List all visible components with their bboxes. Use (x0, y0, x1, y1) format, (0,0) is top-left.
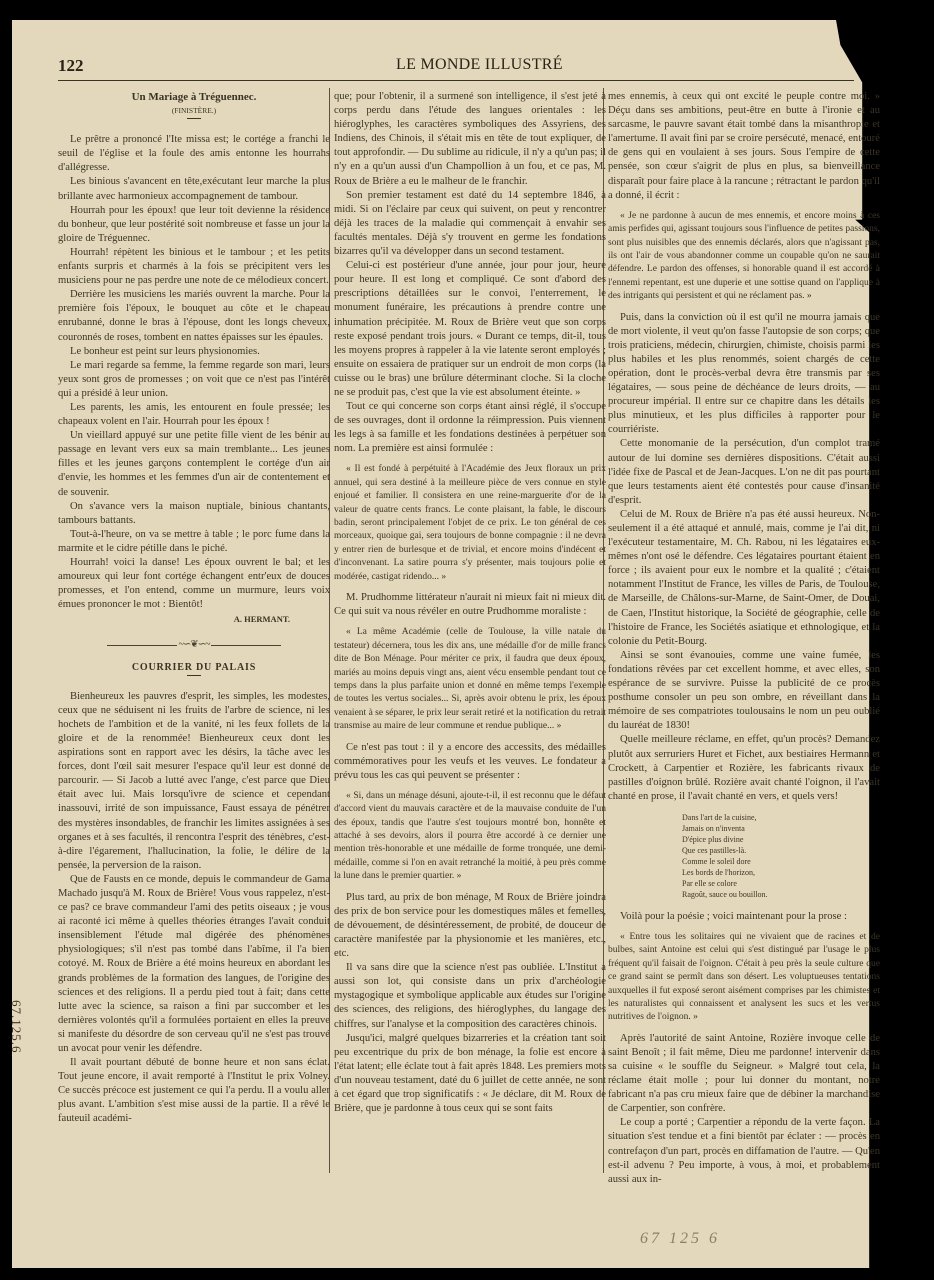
paragraph: Hourrah! voici la danse! Les époux ouvre… (58, 556, 330, 612)
title-dash (187, 675, 201, 676)
archive-stamp: 67.125.6 (8, 1000, 24, 1054)
paragraph: Ainsi se sont évanouies, comme une vaine… (608, 649, 880, 734)
section-title: COURRIER DU PALAIS (58, 661, 330, 675)
article-body: que; pour l'obtenir, il a surmené son in… (334, 90, 606, 1116)
article-body: Bienheureux les pauvres d'esprit, les si… (58, 690, 330, 1127)
paragraph: Son premier testament est daté du 14 sep… (334, 189, 606, 259)
paragraph: Ce n'est pas tout : il y a encore des ac… (334, 741, 606, 783)
paragraph: Cette monomanie de la persécution, d'un … (608, 437, 880, 507)
masthead: LE MONDE ILLUSTRÉ (396, 56, 563, 74)
article-subtitle: (FINISTÈRE.) (58, 104, 330, 118)
paragraph: Les parents, les amis, les entourent en … (58, 401, 330, 429)
paragraph: Puis, dans la conviction où il est qu'il… (608, 311, 880, 438)
poem-line: Ragoût, sauce ou bouillon. (682, 889, 880, 900)
poem-line: D'épice plus divine (682, 834, 880, 845)
page-number: 122 (58, 56, 84, 76)
paragraph: On s'avance vers la maison nuptiale, bin… (58, 500, 330, 528)
poem-line: Dans l'art de la cuisine, (682, 812, 880, 823)
paragraph: Après l'autorité de saint Antoine, Roziè… (608, 1032, 880, 1117)
paragraph: Hourrah pour les époux! que leur toit de… (58, 204, 330, 246)
paragraph: Le coup a porté ; Carpentier a répondu d… (608, 1116, 880, 1186)
paragraph: Bienheureux les pauvres d'esprit, les si… (58, 690, 330, 873)
article-title: Un Mariage à Tréguennec. (58, 90, 330, 104)
paragraph: Voilà pour la poésie ; voici maintenant … (608, 910, 880, 924)
paragraph: Que de Fausts en ce monde, depuis le com… (58, 873, 330, 1056)
paragraph: Le prêtre a prononcé l'Ite missa est; le… (58, 133, 330, 175)
column-3: mes ennemis, à ceux qui ont excité le pe… (608, 90, 880, 1187)
paragraph: Derrière les musiciens les mariés ouvren… (58, 288, 330, 344)
poem: Dans l'art de la cuisine,Jamais on n'inv… (682, 812, 880, 900)
column-1: Un Mariage à Tréguennec. (FINISTÈRE.) Le… (58, 90, 330, 1127)
block-quote: « Si, dans un ménage désuni, ajoute-t-il… (334, 790, 606, 884)
poem-line: Par elle se colore (682, 878, 880, 889)
paragraph: M. Prudhomme littérateur n'aurait ni mie… (334, 591, 606, 619)
poem-line: Que ces pastilles-là. (682, 845, 880, 856)
article-body: mes ennemis, à ceux qui ont excité le pe… (608, 90, 880, 1187)
paragraph: Plus tard, au prix de bon ménage, M Roux… (334, 891, 606, 961)
paragraph: Il avait pourtant débuté de bonne heure … (58, 1056, 330, 1126)
column-2: que; pour l'obtenir, il a surmené son in… (334, 90, 606, 1116)
paragraph: mes ennemis, à ceux qui ont excité le pe… (608, 90, 880, 203)
block-quote: « Entre tous les solitaires qui ne vivai… (608, 931, 880, 1025)
paragraph: Il va sans dire que la science n'est pas… (334, 961, 606, 1031)
paragraph: Le bonheur est peint sur leurs physionom… (58, 345, 330, 359)
paragraph: Tout ce qui concerne son corps étant ain… (334, 400, 606, 456)
block-quote: « La même Académie (celle de Toulouse, l… (334, 626, 606, 733)
poem-line: Comme le soleil dore (682, 856, 880, 867)
article-body: Le prêtre a prononcé l'Ite missa est; le… (58, 133, 330, 612)
paragraph: Les binious s'avancent en tête,exécutant… (58, 175, 330, 203)
paragraph: Hourrah! répètent les binious et le tamb… (58, 246, 330, 288)
paragraph: Tout-à-l'heure, on va se mettre à table … (58, 528, 330, 556)
title-dash (187, 118, 201, 119)
ornamental-divider: ~∽❦∽~ (58, 638, 330, 652)
block-quote: « Il est fondé à perpétuité à l'Académie… (334, 463, 606, 584)
paragraph: Le mari regarde sa femme, la femme regar… (58, 359, 330, 401)
article-signature: A. HERMANT. (58, 612, 330, 626)
paragraph: que; pour l'obtenir, il a surmené son in… (334, 90, 606, 189)
block-quote: « Je ne pardonne à aucun de mes ennemis,… (608, 210, 880, 304)
paragraph: Celui-ci est postérieur d'une année, jou… (334, 259, 606, 400)
pencil-annotation: 67 125 6 (640, 1230, 720, 1248)
poem-line: Jamais on n'inventa (682, 823, 880, 834)
paragraph: Un vieillard appuyé sur une petite fille… (58, 429, 330, 499)
poem-line: Les bords de l'horizon, (682, 867, 880, 878)
paragraph: Quelle meilleure réclame, en effet, qu'u… (608, 733, 880, 803)
paragraph: Jusqu'ici, malgré quelques bizarreries e… (334, 1032, 606, 1117)
paragraph: Celui de M. Roux de Brière n'a pas été a… (608, 508, 880, 649)
header-rule (58, 80, 854, 81)
